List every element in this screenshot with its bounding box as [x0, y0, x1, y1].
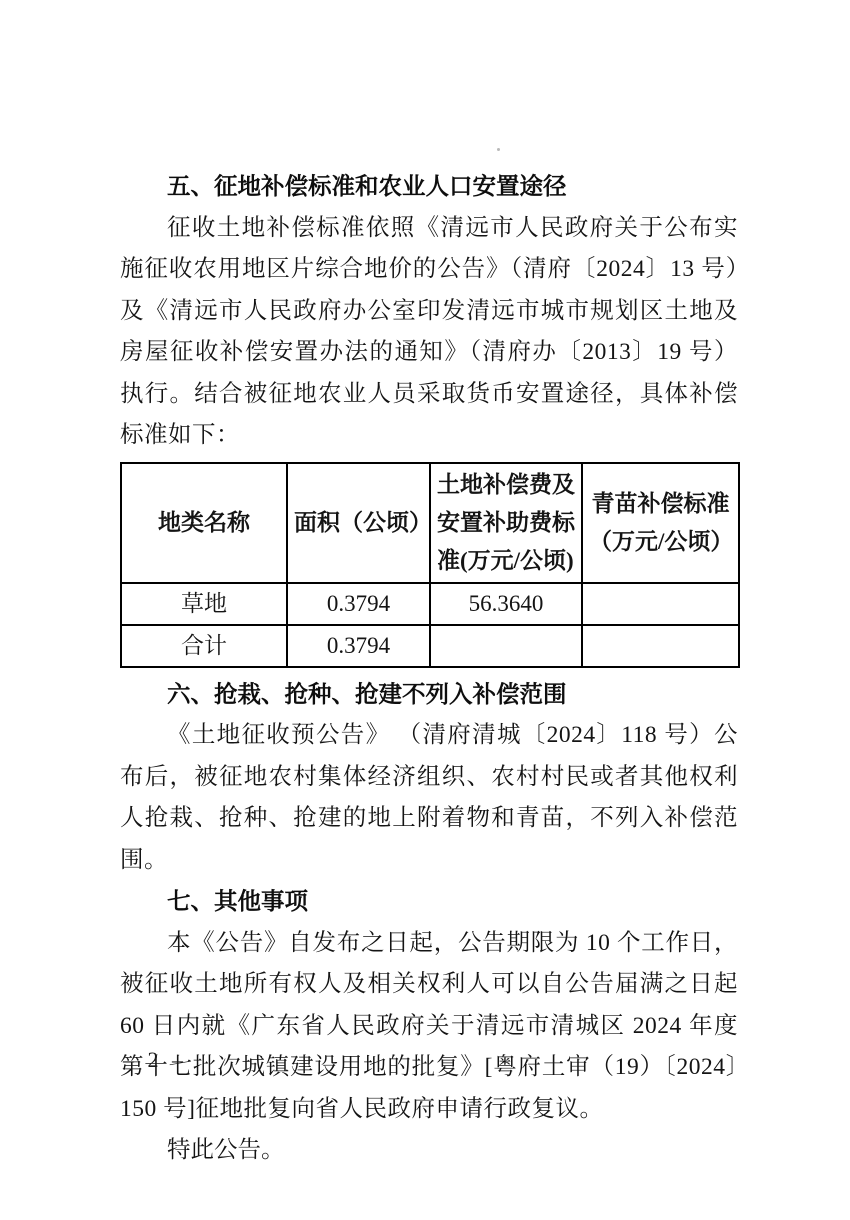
- page-content: 五、征地补偿标准和农业人口安置途径 征收土地补偿标准依照《清远市人民政府关于公布…: [120, 166, 738, 1172]
- col-header-seedling-compensation: 青苗补偿标准（万元/公顷）: [582, 463, 739, 583]
- page-number: – 2 –: [123, 1047, 187, 1073]
- section5-heading: 五、征地补偿标准和农业人口安置途径: [120, 166, 738, 208]
- col-header-land-type: 地类名称: [121, 463, 287, 583]
- cell-area: 0.3794: [287, 583, 430, 625]
- table-row-total: 合计 0.3794: [121, 625, 739, 667]
- cell-seedling-compensation: [582, 583, 739, 625]
- section5-paragraph: 征收土地补偿标准依照《清远市人民政府关于公布实施征收农用地区片综合地价的公告》（…: [120, 208, 738, 457]
- document-page: { "document": { "section5": { "heading":…: [0, 0, 850, 1220]
- cell-land-compensation: 56.3640: [430, 583, 582, 625]
- col-header-area: 面积（公顷）: [287, 463, 430, 583]
- cell-land-type: 草地: [121, 583, 287, 625]
- cell-area: 0.3794: [287, 625, 430, 667]
- compensation-table: 地类名称 面积（公顷） 土地补偿费及安置补助费标准(万元/公顷) 青苗补偿标准（…: [120, 462, 740, 668]
- section7-paragraph: 本《公告》自发布之日起，公告期限为 10 个工作日，被征收土地所有权人及相关权利…: [120, 923, 738, 1131]
- section6-paragraph: 《土地征收预公告》 （清府清城〔2024〕118 号）公布后，被征地农村集体经济…: [120, 715, 738, 881]
- scan-artifact-dot: [497, 148, 500, 151]
- closing-statement: 特此公告。: [120, 1130, 738, 1172]
- table-header-row: 地类名称 面积（公顷） 土地补偿费及安置补助费标准(万元/公顷) 青苗补偿标准（…: [121, 463, 739, 583]
- cell-seedling-compensation: [582, 625, 739, 667]
- col-header-land-compensation: 土地补偿费及安置补助费标准(万元/公顷): [430, 463, 582, 583]
- table-row-grassland: 草地 0.3794 56.3640: [121, 583, 739, 625]
- section7-heading: 七、其他事项: [120, 881, 738, 923]
- section6-heading: 六、抢栽、抢种、抢建不列入补偿范围: [120, 674, 738, 716]
- cell-land-type: 合计: [121, 625, 287, 667]
- cell-land-compensation: [430, 625, 582, 667]
